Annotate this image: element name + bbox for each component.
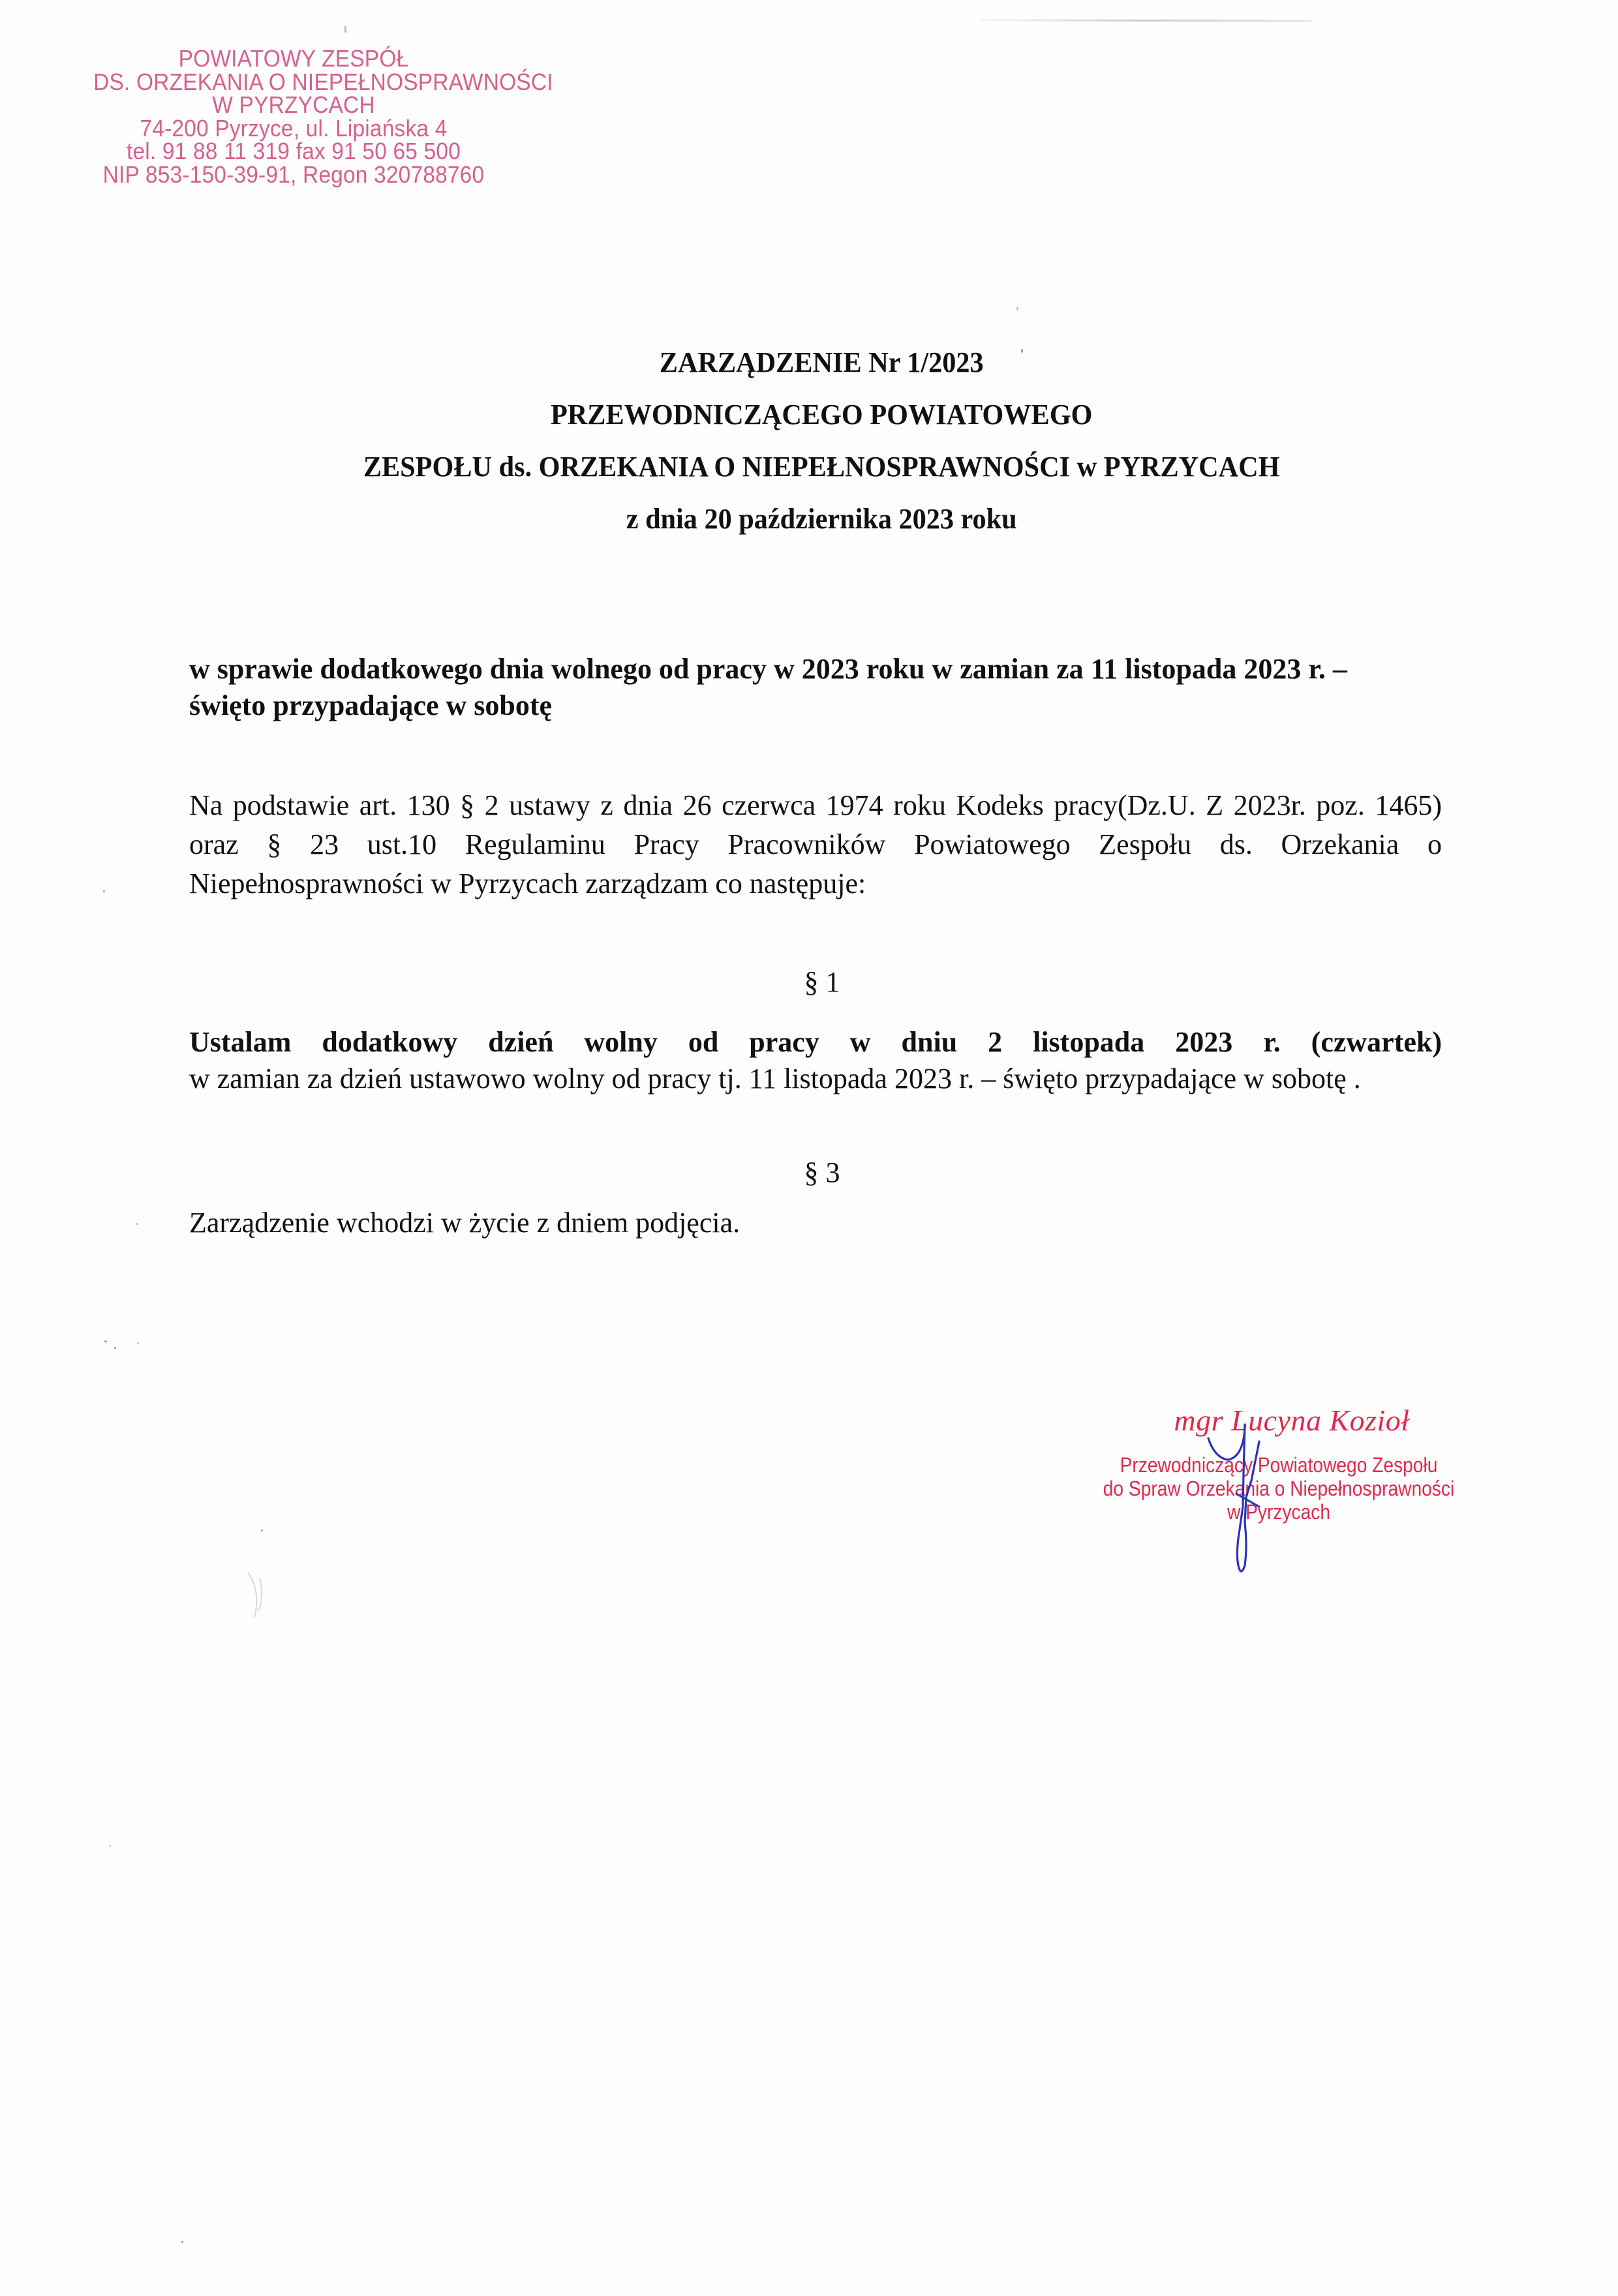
scan-speck bbox=[181, 2241, 183, 2243]
scanner-artifact-line bbox=[979, 19, 1311, 22]
section-mark-3: § 3 bbox=[0, 1156, 1618, 1189]
stamp-line: POWIATOWY ZESPÓŁ bbox=[93, 47, 494, 70]
section-3-text: Zarządzenie wchodzi w życie z dniem podj… bbox=[189, 1203, 1442, 1243]
title-line: PRZEWODNICZĄCEGO POWIATOWEGO bbox=[33, 398, 1586, 431]
scan-speck bbox=[103, 890, 105, 892]
scan-speck bbox=[110, 1845, 111, 1847]
title-line: ZESPOŁU ds. ORZEKANIA O NIEPEŁNOSPRAWNOŚ… bbox=[33, 450, 1586, 483]
scan-speck bbox=[136, 1223, 138, 1225]
legal-basis-paragraph: Na podstawie art. 130 § 2 ustawy z dnia … bbox=[189, 786, 1442, 903]
scan-speck bbox=[261, 1530, 263, 1532]
institution-stamp: POWIATOWY ZESPÓŁ DS. ORZEKANIA O NIEPEŁN… bbox=[78, 47, 509, 186]
section-1-body-text: w zamian za dzień ustawowo wolny od prac… bbox=[189, 1063, 1361, 1095]
faint-scan-mark bbox=[235, 1565, 274, 1637]
stamp-line: tel. 91 88 11 319 fax 91 50 65 500 bbox=[93, 140, 494, 163]
handwritten-signature bbox=[1207, 1402, 1285, 1598]
title-date: z dnia 20 października 2023 roku bbox=[33, 502, 1586, 536]
document-page: POWIATOWY ZESPÓŁ DS. ORZEKANIA O NIEPEŁN… bbox=[0, 0, 1618, 2296]
title-line: ZARZĄDZENIE Nr 1/2023 bbox=[33, 346, 1586, 379]
scan-speck bbox=[104, 1340, 107, 1342]
stamp-line: DS. ORZEKANIA O NIEPEŁNOSPRAWNOŚCI bbox=[93, 70, 494, 94]
section-mark-1: § 1 bbox=[0, 965, 1618, 999]
scan-speck bbox=[114, 1347, 116, 1349]
section-1-text: Ustalam dodatkowy dzień wolny od pracy w… bbox=[189, 1024, 1442, 1097]
scan-speck bbox=[344, 26, 346, 33]
stamp-line: NIP 853-150-39-91, Regon 320788760 bbox=[93, 163, 494, 187]
stamp-line: W PYRZYCACH bbox=[93, 93, 494, 117]
scan-speck bbox=[1016, 307, 1018, 310]
scan-speck bbox=[137, 1342, 139, 1344]
stamp-line: 74-200 Pyrzyce, ul. Lipiańska 4 bbox=[93, 117, 494, 140]
section-1-bold-text: Ustalam dodatkowy dzień wolny od pracy w… bbox=[189, 1024, 1442, 1061]
document-subject: w sprawie dodatkowego dnia wolnego od pr… bbox=[189, 651, 1429, 724]
